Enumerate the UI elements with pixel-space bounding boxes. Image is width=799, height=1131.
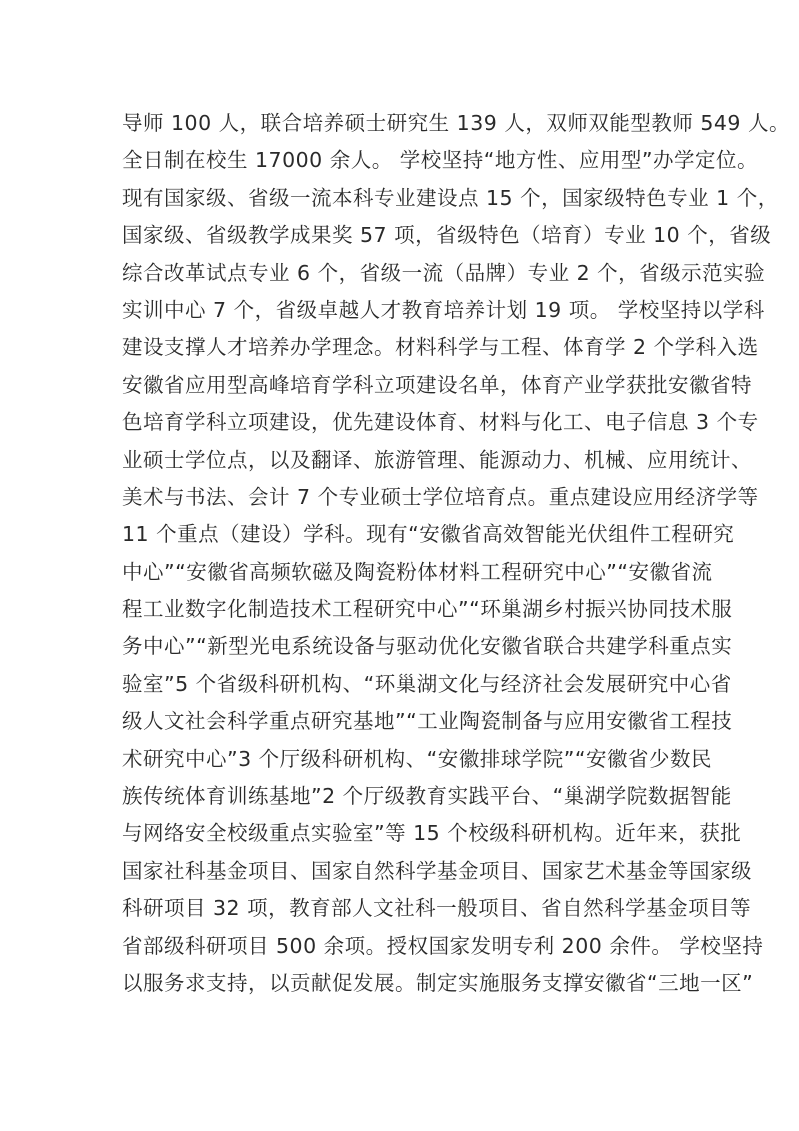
- text-line: 安徽省应用型高峰培育学科立项建设名单，体育产业学获批安徽省特: [122, 367, 682, 404]
- text-line: 中心”“安徽省高频软磁及陶瓷粉体材料工程研究中心”“安徽省流: [122, 554, 682, 591]
- text-line: 科研项目 32 项，教育部人文社科一般项目、省自然科学基金项目等: [122, 890, 682, 927]
- text-line: 务中心”“新型光电系统设备与驱动优化安徽省联合共建学科重点实: [122, 628, 682, 665]
- text-line: 综合改革试点专业 6 个，省级一流（品牌）专业 2 个，省级示范实验: [122, 255, 682, 292]
- text-line: 术研究中心”3 个厅级科研机构、“安徽排球学院”“安徽省少数民: [122, 741, 682, 778]
- text-line: 验室”5 个省级科研机构、“环巢湖文化与经济社会发展研究中心省: [122, 666, 682, 703]
- body-paragraph: 导师 100 人，联合培养硕士研究生 139 人，双师双能型教师 549 人。 …: [122, 105, 682, 1002]
- text-line: 国家社科基金项目、国家自然科学基金项目、国家艺术基金等国家级: [122, 853, 682, 890]
- text-line: 美术与书法、会计 7 个专业硕士学位培育点。重点建设应用经济学等: [122, 479, 682, 516]
- text-line: 实训中心 7 个，省级卓越人才教育培养计划 19 项。 学校坚持以学科: [122, 292, 682, 329]
- text-line: 以服务求支持，以贡献促发展。制定实施服务支撑安徽省“三地一区”: [122, 965, 682, 1002]
- text-line: 程工业数字化制造技术工程研究中心”“环巢湖乡村振兴协同技术服: [122, 591, 682, 628]
- text-line: 族传统体育训练基地”2 个厅级教育实践平台、“巢湖学院数据智能: [122, 778, 682, 815]
- text-line: 现有国家级、省级一流本科专业建设点 15 个，国家级特色专业 1 个，: [122, 180, 682, 217]
- text-line: 国家级、省级教学成果奖 57 项，省级特色（培育）专业 10 个，省级: [122, 217, 682, 254]
- text-line: 省部级科研项目 500 余项。授权国家发明专利 200 余件。 学校坚持: [122, 928, 682, 965]
- document-page: 导师 100 人，联合培养硕士研究生 139 人，双师双能型教师 549 人。 …: [0, 0, 799, 1131]
- text-line: 全日制在校生 17000 余人。 学校坚持“地方性、应用型”办学定位。: [122, 142, 682, 179]
- text-line: 级人文社会科学重点研究基地”“工业陶瓷制备与应用安徽省工程技: [122, 703, 682, 740]
- text-line: 11 个重点（建设）学科。现有“安徽省高效智能光伏组件工程研究: [122, 516, 682, 553]
- text-line: 业硕士学位点，以及翻译、旅游管理、能源动力、机械、应用统计、: [122, 442, 682, 479]
- text-line: 导师 100 人，联合培养硕士研究生 139 人，双师双能型教师 549 人。: [122, 105, 682, 142]
- text-line: 色培育学科立项建设，优先建设体育、材料与化工、电子信息 3 个专: [122, 404, 682, 441]
- text-line: 与网络安全校级重点实验室”等 15 个校级科研机构。近年来，获批: [122, 815, 682, 852]
- text-line: 建设支撑人才培养办学理念。材料科学与工程、体育学 2 个学科入选: [122, 329, 682, 366]
